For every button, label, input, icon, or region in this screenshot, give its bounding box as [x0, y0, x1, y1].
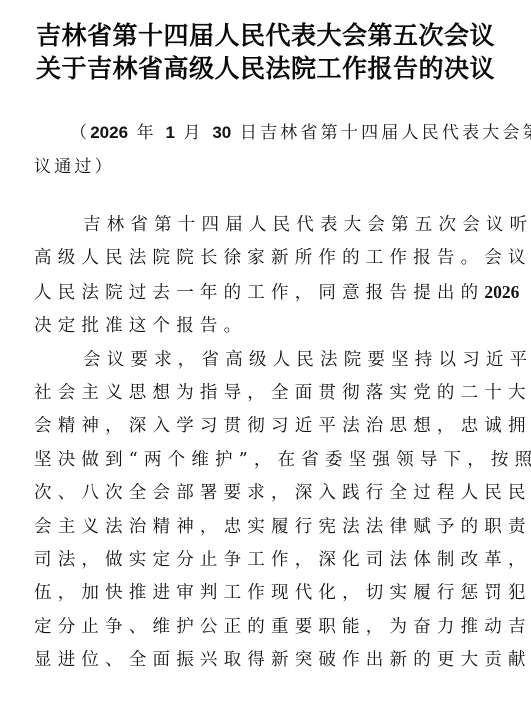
- line-text: 年工作安排，: [519, 283, 531, 303]
- paragraph-line: 会精神，深入学习贯彻习近平法治思想，忠诚拥护“两个确立”、: [34, 410, 504, 443]
- paragraph-line: 高级人民法院院长徐家新所作的工作报告。会议充分肯定省高级: [34, 242, 504, 275]
- paragraph-line: 坚决做到“两个维护”，在省委坚强领导下，按照省委十二届七: [34, 444, 504, 477]
- year-unit: 年: [128, 123, 165, 143]
- document-page: 吉林省第十四届人民代表大会第五次会议 关于吉林省高级人民法院工作报告的决议 （2…: [0, 0, 531, 709]
- year: 2026: [90, 123, 128, 142]
- open-paren: （: [70, 123, 90, 143]
- paragraph-line: 次、八次全会部署要求，深入践行全过程人民民主，大力弘扬社: [34, 477, 504, 510]
- paragraph-1: 吉林省第十四届人民代表大会第五次会议听取和审议了省 高级人民法院院长徐家新所作的…: [34, 209, 504, 344]
- month: 1: [165, 123, 174, 142]
- paragraph-line: 伍，加快推进审判工作现代化，切实履行惩罚犯罪、保护人民、: [34, 577, 504, 610]
- plan-year: 2026: [484, 282, 519, 302]
- line-text: 人民法院过去一年的工作，同意报告提出的: [34, 283, 484, 303]
- paragraph-line: 吉林省第十四届人民代表大会第五次会议听取和审议了省: [34, 209, 504, 242]
- title-line-1: 吉林省第十四届人民代表大会第五次会议: [0, 19, 531, 52]
- paragraph-line: 会主义法治精神，忠实履行宪法法律赋予的职责，坚持严格公正: [34, 511, 504, 544]
- paragraph-2: 会议要求，省高级人民法院要坚持以习近平新时代中国特色 社会主义思想为指导，全面贯…: [34, 344, 504, 678]
- document-body: 吉林省第十四届人民代表大会第五次会议听取和审议了省 高级人民法院院长徐家新所作的…: [34, 209, 504, 678]
- day: 30: [212, 123, 231, 142]
- month-unit: 月: [175, 123, 212, 143]
- paragraph-line: 社会主义思想为指导，全面贯彻落实党的二十大和二十届历次全: [34, 377, 504, 410]
- paragraph-line: 显进位、全面振兴取得新突破作出新的更大贡献！: [34, 644, 504, 677]
- adoption-note-rest: 日吉林省第十四届人民代表大会第五次会: [231, 123, 531, 143]
- adoption-note: （2026 年 1 月 30 日吉林省第十四届人民代表大会第五次会 议通过）: [34, 116, 506, 184]
- paragraph-line: 人民法院过去一年的工作，同意报告提出的2026 年工作安排，: [34, 276, 504, 310]
- paragraph-line: 会议要求，省高级人民法院要坚持以习近平新时代中国特色: [34, 344, 504, 377]
- adoption-note-line-1: （2026 年 1 月 30 日吉林省第十四届人民代表大会第五次会: [34, 116, 506, 151]
- paragraph-line: 定分止争、维护公正的重要职能，为奋力推动吉林高质量发展明: [34, 611, 504, 644]
- paragraph-line: 司法，做实定分止争工作，深化司法体制改革，锻造过硬法院队: [34, 544, 504, 577]
- paragraph-line: 决定批准这个报告。: [34, 310, 504, 343]
- title-line-2: 关于吉林省高级人民法院工作报告的决议: [0, 52, 531, 85]
- adoption-note-line-2: 议通过）: [34, 151, 506, 185]
- document-title: 吉林省第十四届人民代表大会第五次会议 关于吉林省高级人民法院工作报告的决议: [0, 19, 531, 85]
